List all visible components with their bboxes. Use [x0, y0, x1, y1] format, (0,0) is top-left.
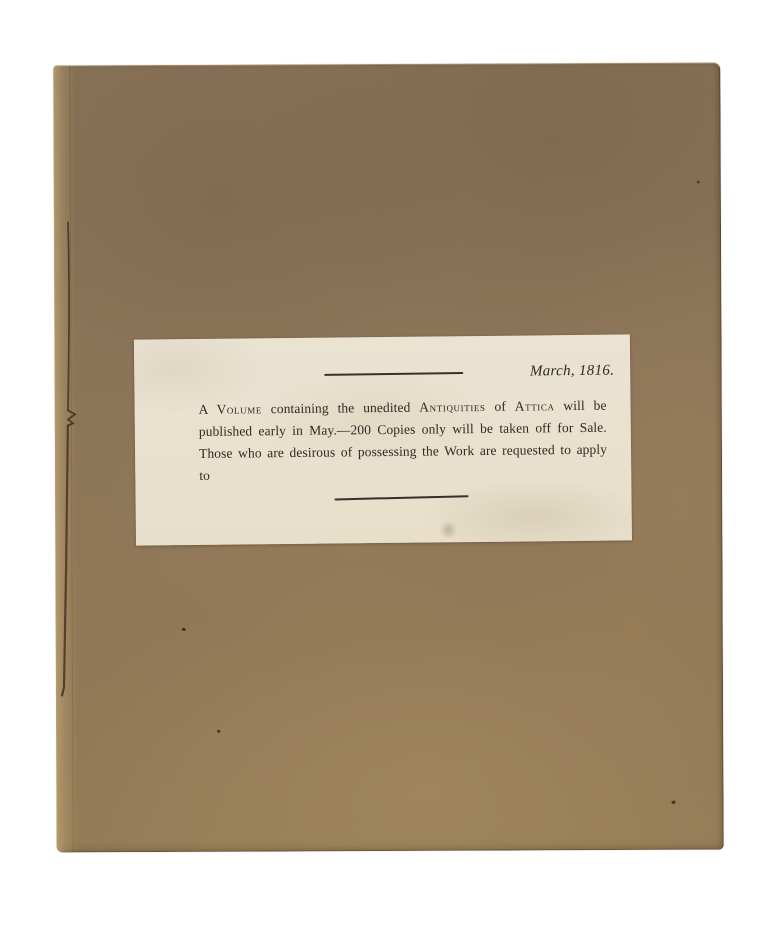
text-segment: Antiquities [419, 399, 485, 415]
notice-paragraph: A Volume containing the unedited Antiqui… [198, 395, 607, 487]
pamphlet-cover: March, 1816. A Volume containing the une… [53, 63, 723, 853]
text-segment: Volume [216, 401, 262, 416]
printed-notice-label: March, 1816. A Volume containing the une… [134, 334, 632, 545]
text-segment: Attica [515, 398, 555, 413]
text-segment: will be [554, 398, 606, 414]
bottom-rule [335, 495, 469, 500]
notice-line-4: to [199, 461, 607, 487]
top-rule [324, 372, 463, 376]
text-segment: A [199, 402, 217, 417]
text-segment: of [486, 399, 515, 414]
text-segment: containing the unedited [262, 400, 420, 417]
thread-lower-path [61, 425, 69, 695]
stain-speck [697, 181, 700, 184]
notice-date: March, 1816. [530, 363, 614, 381]
stain-speck [217, 730, 220, 733]
thread-knot [68, 410, 75, 425]
notice-line-3: Those who are desirous of possessing the… [199, 439, 607, 465]
photo-backdrop: March, 1816. A Volume containing the une… [0, 0, 761, 950]
thread-upper-path [67, 222, 69, 410]
